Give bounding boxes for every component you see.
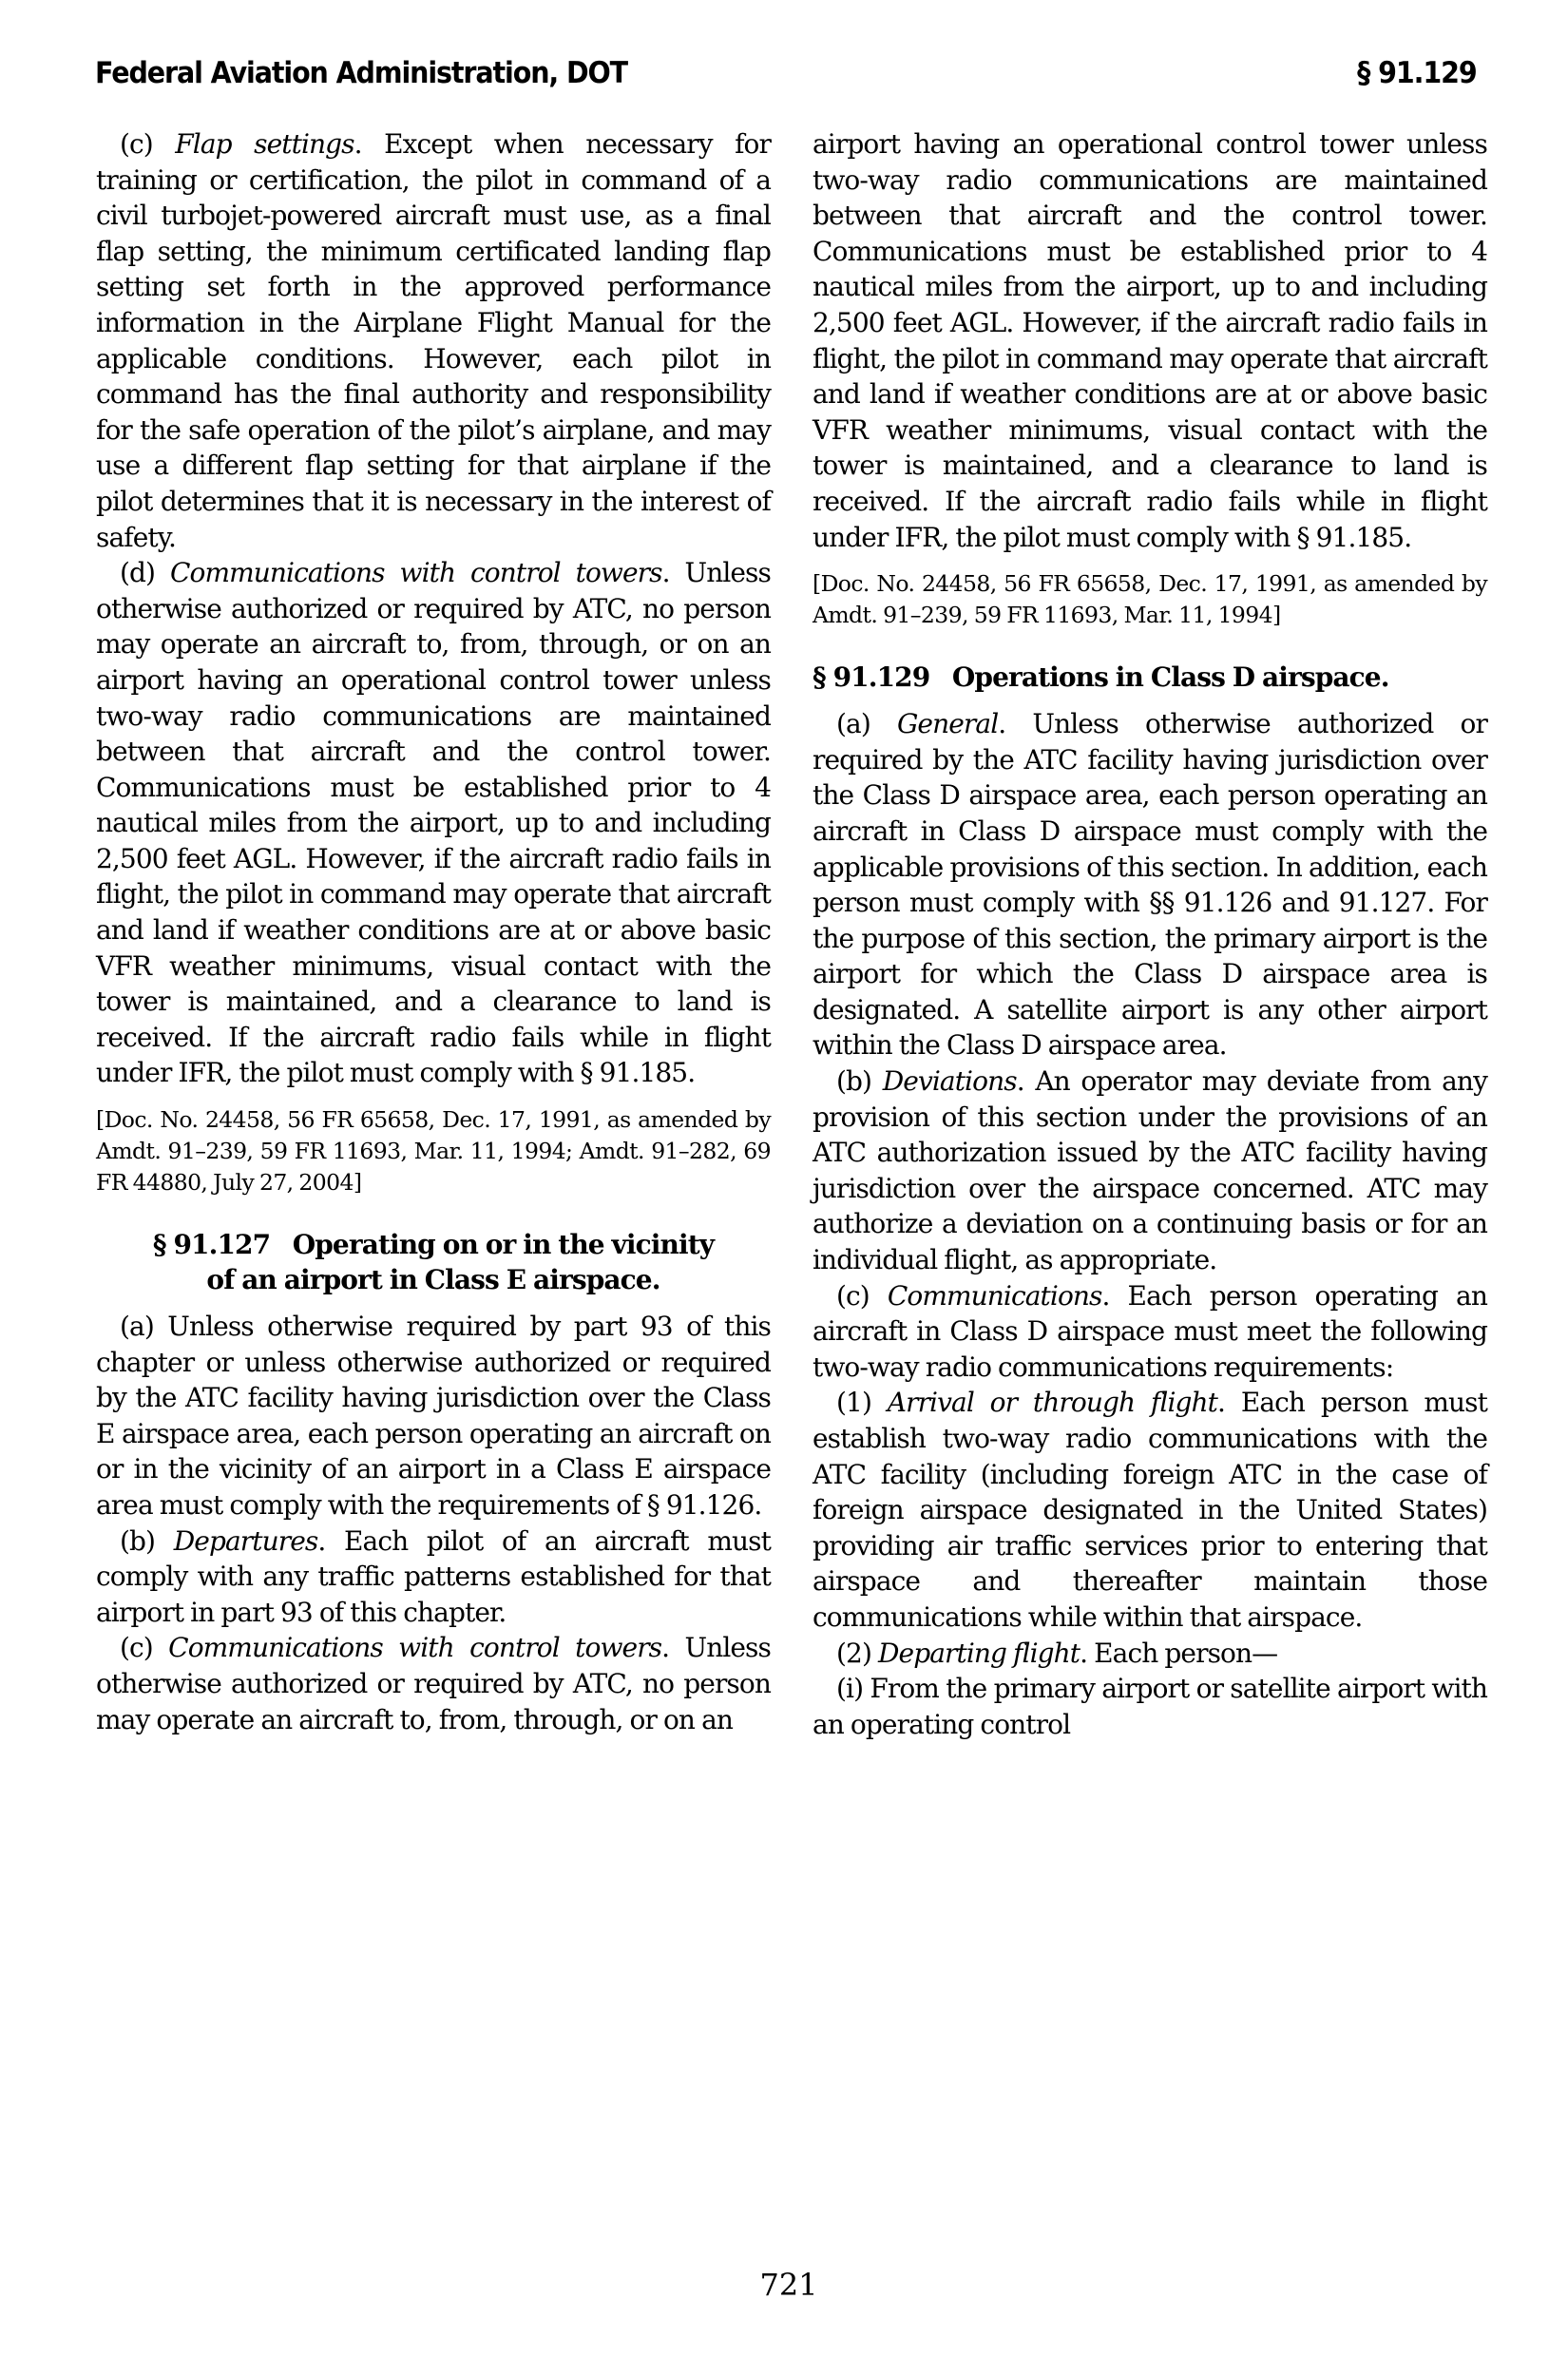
- paragraph-127c-communications: (c) Communications with control towers. …: [96, 1630, 771, 1737]
- paragraph-129b-deviations: (b) Deviations. An operator may deviate …: [813, 1063, 1487, 1278]
- running-header: Federal Aviation Administration, DOT § 9…: [95, 49, 1376, 97]
- section-heading-91-129: § 91.129 Operations in Class D airspace.: [813, 660, 1487, 695]
- right-column: airport having an operational control to…: [813, 126, 1487, 1742]
- paragraph-label: (c): [120, 1632, 168, 1663]
- section-title-line1: Operating on or in the vicinity: [293, 1229, 714, 1260]
- paragraph-129c2i: (i) From the primary airport or satellit…: [813, 1671, 1487, 1742]
- left-column: (c) Flap settings. Except when necessary…: [96, 126, 771, 1737]
- paragraph-heading: Communications with control towers: [170, 557, 662, 588]
- paragraph-label: (2): [836, 1638, 878, 1669]
- section-number: § 91.127: [153, 1229, 270, 1260]
- section-number: § 91.129: [813, 661, 929, 693]
- paragraph-text: . Unless otherwise authorized or require…: [96, 557, 771, 1088]
- section-heading-91-127: § 91.127 Operating on or in the vicinity…: [96, 1227, 771, 1297]
- paragraph-label: (c): [836, 1280, 888, 1312]
- paragraph-heading: Departures: [174, 1525, 318, 1557]
- paragraph-text: . Except when necessary for training or …: [96, 128, 771, 553]
- paragraph-129c2-departing: (2) Departing flight. Each person—: [813, 1636, 1487, 1672]
- paragraph-label: (b): [836, 1065, 883, 1097]
- paragraph-label: (b): [120, 1525, 174, 1557]
- paragraph-flap-settings: (c) Flap settings. Except when necessary…: [96, 126, 771, 555]
- paragraph-heading: Deviations: [883, 1065, 1017, 1097]
- paragraph-heading: Communications with control towers: [168, 1632, 661, 1663]
- paragraph-heading: Arrival or through flight: [888, 1387, 1217, 1418]
- paragraph-label: (d): [120, 557, 170, 588]
- paragraph-127b-departures: (b) Departures. Each pilot of an aircraf…: [96, 1523, 771, 1631]
- paragraph-label: (a): [836, 708, 897, 739]
- header-section-number: § 91.129: [1357, 56, 1476, 90]
- paragraph-129c-communications: (c) Communications. Each person operatin…: [813, 1278, 1487, 1386]
- paragraph-heading: Flap settings: [175, 128, 354, 160]
- source-citation: [Doc. No. 24458, 56 FR 65658, Dec. 17, 1…: [96, 1104, 771, 1198]
- paragraph-label: (1): [836, 1387, 888, 1418]
- paragraph-129a-general: (a) General. Unless otherwise authorized…: [813, 706, 1487, 1063]
- agency-title: Federal Aviation Administration, DOT: [95, 56, 627, 90]
- paragraph-communications-towers: (d) Communications with control towers. …: [96, 555, 771, 1091]
- paragraph-129c1-arrival: (1) Arrival or through flight. Each pers…: [813, 1385, 1487, 1635]
- paragraph-heading: Communications: [888, 1280, 1102, 1312]
- paragraph-text: . Each person—: [1080, 1638, 1277, 1669]
- paragraph-text: . Unless otherwise authorized or require…: [813, 708, 1487, 1061]
- paragraph-continued: airport having an operational control to…: [813, 126, 1487, 555]
- section-title: Operations in Class D airspace.: [952, 661, 1389, 693]
- paragraph-heading: General: [897, 708, 998, 739]
- page-number: 721: [755, 2267, 822, 2303]
- paragraph-label: (c): [120, 128, 175, 160]
- source-citation: [Doc. No. 24458, 56 FR 65658, Dec. 17, 1…: [813, 568, 1487, 631]
- paragraph-heading: Departing flight: [878, 1638, 1080, 1669]
- paragraph-127a: (a) Unless otherwise required by part 93…: [96, 1309, 771, 1523]
- paragraph-text: . An operator may deviate from any provi…: [813, 1065, 1487, 1275]
- paragraph-text: . Each person must establish two-way rad…: [813, 1387, 1487, 1633]
- section-title-line2: of an airport in Class E airspace.: [206, 1264, 660, 1295]
